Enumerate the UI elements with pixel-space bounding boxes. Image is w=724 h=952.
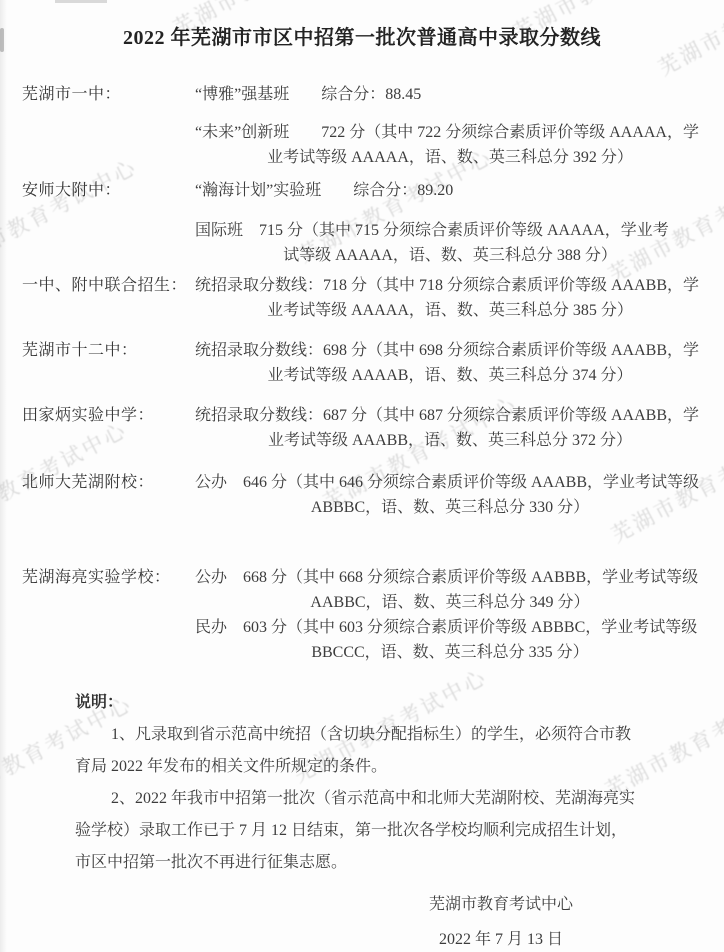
score-entry: 芜湖海亮实验学校：公办 668 分（其中 668 分须综合素质评价等级 AABB… xyxy=(22,565,705,615)
signature-date: 2022 年 7 月 13 日 xyxy=(396,922,606,952)
score-line: 业考试等级 AAAAB，语、数、英三科总分 374 分） xyxy=(195,363,705,388)
score-detail: “博雅”强基班 综合分：88.45 xyxy=(195,82,705,107)
score-entry: 国际班 715 分（其中 715 分须综合素质评价等级 AAAAA，学业考试等级… xyxy=(22,218,705,268)
score-line: 国际班 715 分（其中 715 分须综合素质评价等级 AAAAA，学业考 xyxy=(195,218,705,243)
score-line: 统招录取分数线：718 分（其中 718 分须综合素质评价等级 AAABB，学 xyxy=(195,273,705,298)
score-line: 统招录取分数线：698 分（其中 698 分须综合素质评价等级 AAABB，学 xyxy=(195,338,705,363)
note-line: 验学校）录取工作已于 7 月 12 日结束，第一批次各学校均顺利完成招生计划， xyxy=(75,815,690,847)
score-line: ABBBC，语、数、英三科总分 330 分） xyxy=(195,495,705,520)
score-entry: 安师大附中：“瀚海计划”实验班 综合分：89.20 xyxy=(22,178,705,203)
note-item: 2、2022 年我市中招第一批次（省示范高中和北师大芜湖附校、芜湖海亮实验学校）… xyxy=(75,783,690,879)
school-name: 田家炳实验中学： xyxy=(22,403,195,428)
score-detail: 统招录取分数线：687 分（其中 687 分须综合素质评价等级 AAABB，学业… xyxy=(195,403,705,453)
score-line: BBCCC，语、数、英三科总分 335 分） xyxy=(195,640,705,665)
score-entry: 北师大芜湖附校：公办 646 分（其中 646 分须综合素质评价等级 AAABB… xyxy=(22,470,705,520)
score-detail: 国际班 715 分（其中 715 分须综合素质评价等级 AAAAA，学业考试等级… xyxy=(195,218,705,268)
score-detail: “未来”创新班 722 分（其中 722 分须综合素质评价等级 AAAAA，学业… xyxy=(195,120,705,170)
note-line: 育局 2022 年发布的相关文件所规定的条件。 xyxy=(75,751,690,783)
document-page: 芜湖市教育考试中心芜湖市教育考试中心芜湖市教育考试中心芜湖市教育考试中心芜湖市教… xyxy=(0,0,724,952)
signature-org: 芜湖市教育考试中心 xyxy=(396,887,606,922)
school-name: 芜湖海亮实验学校： xyxy=(22,565,195,590)
score-entry: 一中、附中联合招生：统招录取分数线：718 分（其中 718 分须综合素质评价等… xyxy=(22,273,705,323)
score-entry: 田家炳实验中学：统招录取分数线：687 分（其中 687 分须综合素质评价等级 … xyxy=(22,403,705,453)
school-name: 一中、附中联合招生： xyxy=(22,273,195,298)
score-line: 统招录取分数线：687 分（其中 687 分须综合素质评价等级 AAABB，学 xyxy=(195,403,705,428)
score-line: 公办 646 分（其中 646 分须综合素质评价等级 AAABB，学业考试等级 xyxy=(195,470,705,495)
score-line: “未来”创新班 722 分（其中 722 分须综合素质评价等级 AAAAA，学 xyxy=(195,120,705,145)
note-item: 1、凡录取到省示范高中统招（含切块分配指标生）的学生，必须符合市教育局 2022… xyxy=(75,719,690,783)
score-entry: 芜湖市一中：“博雅”强基班 综合分：88.45 xyxy=(22,82,705,107)
score-entry: 芜湖市十二中：统招录取分数线：698 分（其中 698 分须综合素质评价等级 A… xyxy=(22,338,705,388)
notes-section: 说明： 1、凡录取到省示范高中统招（含切块分配指标生）的学生，必须符合市教育局 … xyxy=(75,687,690,879)
document-content: 2022 年芜湖市市区中招第一批次普通高中录取分数线 芜湖市一中：“博雅”强基班… xyxy=(0,0,724,952)
page-title: 2022 年芜湖市市区中招第一批次普通高中录取分数线 xyxy=(0,0,724,50)
score-line: 业考试等级 AAABB，语、数、英三科总分 372 分） xyxy=(195,428,705,453)
score-line: “瀚海计划”实验班 综合分：89.20 xyxy=(195,178,705,203)
score-line: AABBC，语、数、英三科总分 349 分） xyxy=(195,590,705,615)
school-name: 安师大附中： xyxy=(22,178,195,203)
score-detail: 统招录取分数线：718 分（其中 718 分须综合素质评价等级 AAABB，学业… xyxy=(195,273,705,323)
score-line: 民办 603 分（其中 603 分须综合素质评价等级 ABBBC，学业考试等级 xyxy=(195,615,705,640)
score-detail: “瀚海计划”实验班 综合分：89.20 xyxy=(195,178,705,203)
score-detail: 公办 646 分（其中 646 分须综合素质评价等级 AAABB，学业考试等级A… xyxy=(195,470,705,520)
school-name: 芜湖市十二中： xyxy=(22,338,195,363)
score-detail: 统招录取分数线：698 分（其中 698 分须综合素质评价等级 AAABB，学业… xyxy=(195,338,705,388)
school-name: 芜湖市一中： xyxy=(22,82,195,107)
score-line: 公办 668 分（其中 668 分须综合素质评价等级 AABBB，学业考试等级 xyxy=(195,565,705,590)
score-detail: 民办 603 分（其中 603 分须综合素质评价等级 ABBBC，学业考试等级B… xyxy=(195,615,705,665)
scan-artifact-mark xyxy=(0,28,4,52)
scan-edge-shading xyxy=(0,0,7,952)
scan-artifact-smudge xyxy=(55,0,107,3)
score-line: “博雅”强基班 综合分：88.45 xyxy=(195,82,705,107)
score-line: 业考试等级 AAAAA，语、数、英三科总分 392 分） xyxy=(195,145,705,170)
notes-paragraphs: 1、凡录取到省示范高中统招（含切块分配指标生）的学生，必须符合市教育局 2022… xyxy=(75,719,690,879)
school-name: 北师大芜湖附校： xyxy=(22,470,195,495)
note-line: 2、2022 年我市中招第一批次（省示范高中和北师大芜湖附校、芜湖海亮实 xyxy=(75,783,690,815)
note-line: 市区中招第一批次不再进行征集志愿。 xyxy=(75,847,690,879)
notes-heading: 说明： xyxy=(75,687,690,719)
score-entry: “未来”创新班 722 分（其中 722 分须综合素质评价等级 AAAAA，学业… xyxy=(22,120,705,170)
score-entries: 芜湖市一中：“博雅”强基班 综合分：88.45“未来”创新班 722 分（其中 … xyxy=(22,82,705,665)
score-detail: 公办 668 分（其中 668 分须综合素质评价等级 AABBB，学业考试等级A… xyxy=(195,565,705,615)
score-line: 业考试等级 AAAAA，语、数、英三科总分 385 分） xyxy=(195,298,705,323)
score-entry: 民办 603 分（其中 603 分须综合素质评价等级 ABBBC，学业考试等级B… xyxy=(22,615,705,665)
note-line: 1、凡录取到省示范高中统招（含切块分配指标生）的学生，必须符合市教 xyxy=(75,719,690,751)
signature-block: 芜湖市教育考试中心 2022 年 7 月 13 日 xyxy=(396,887,606,952)
score-line: 试等级 AAAAA，语、数、英三科总分 388 分） xyxy=(195,243,705,268)
